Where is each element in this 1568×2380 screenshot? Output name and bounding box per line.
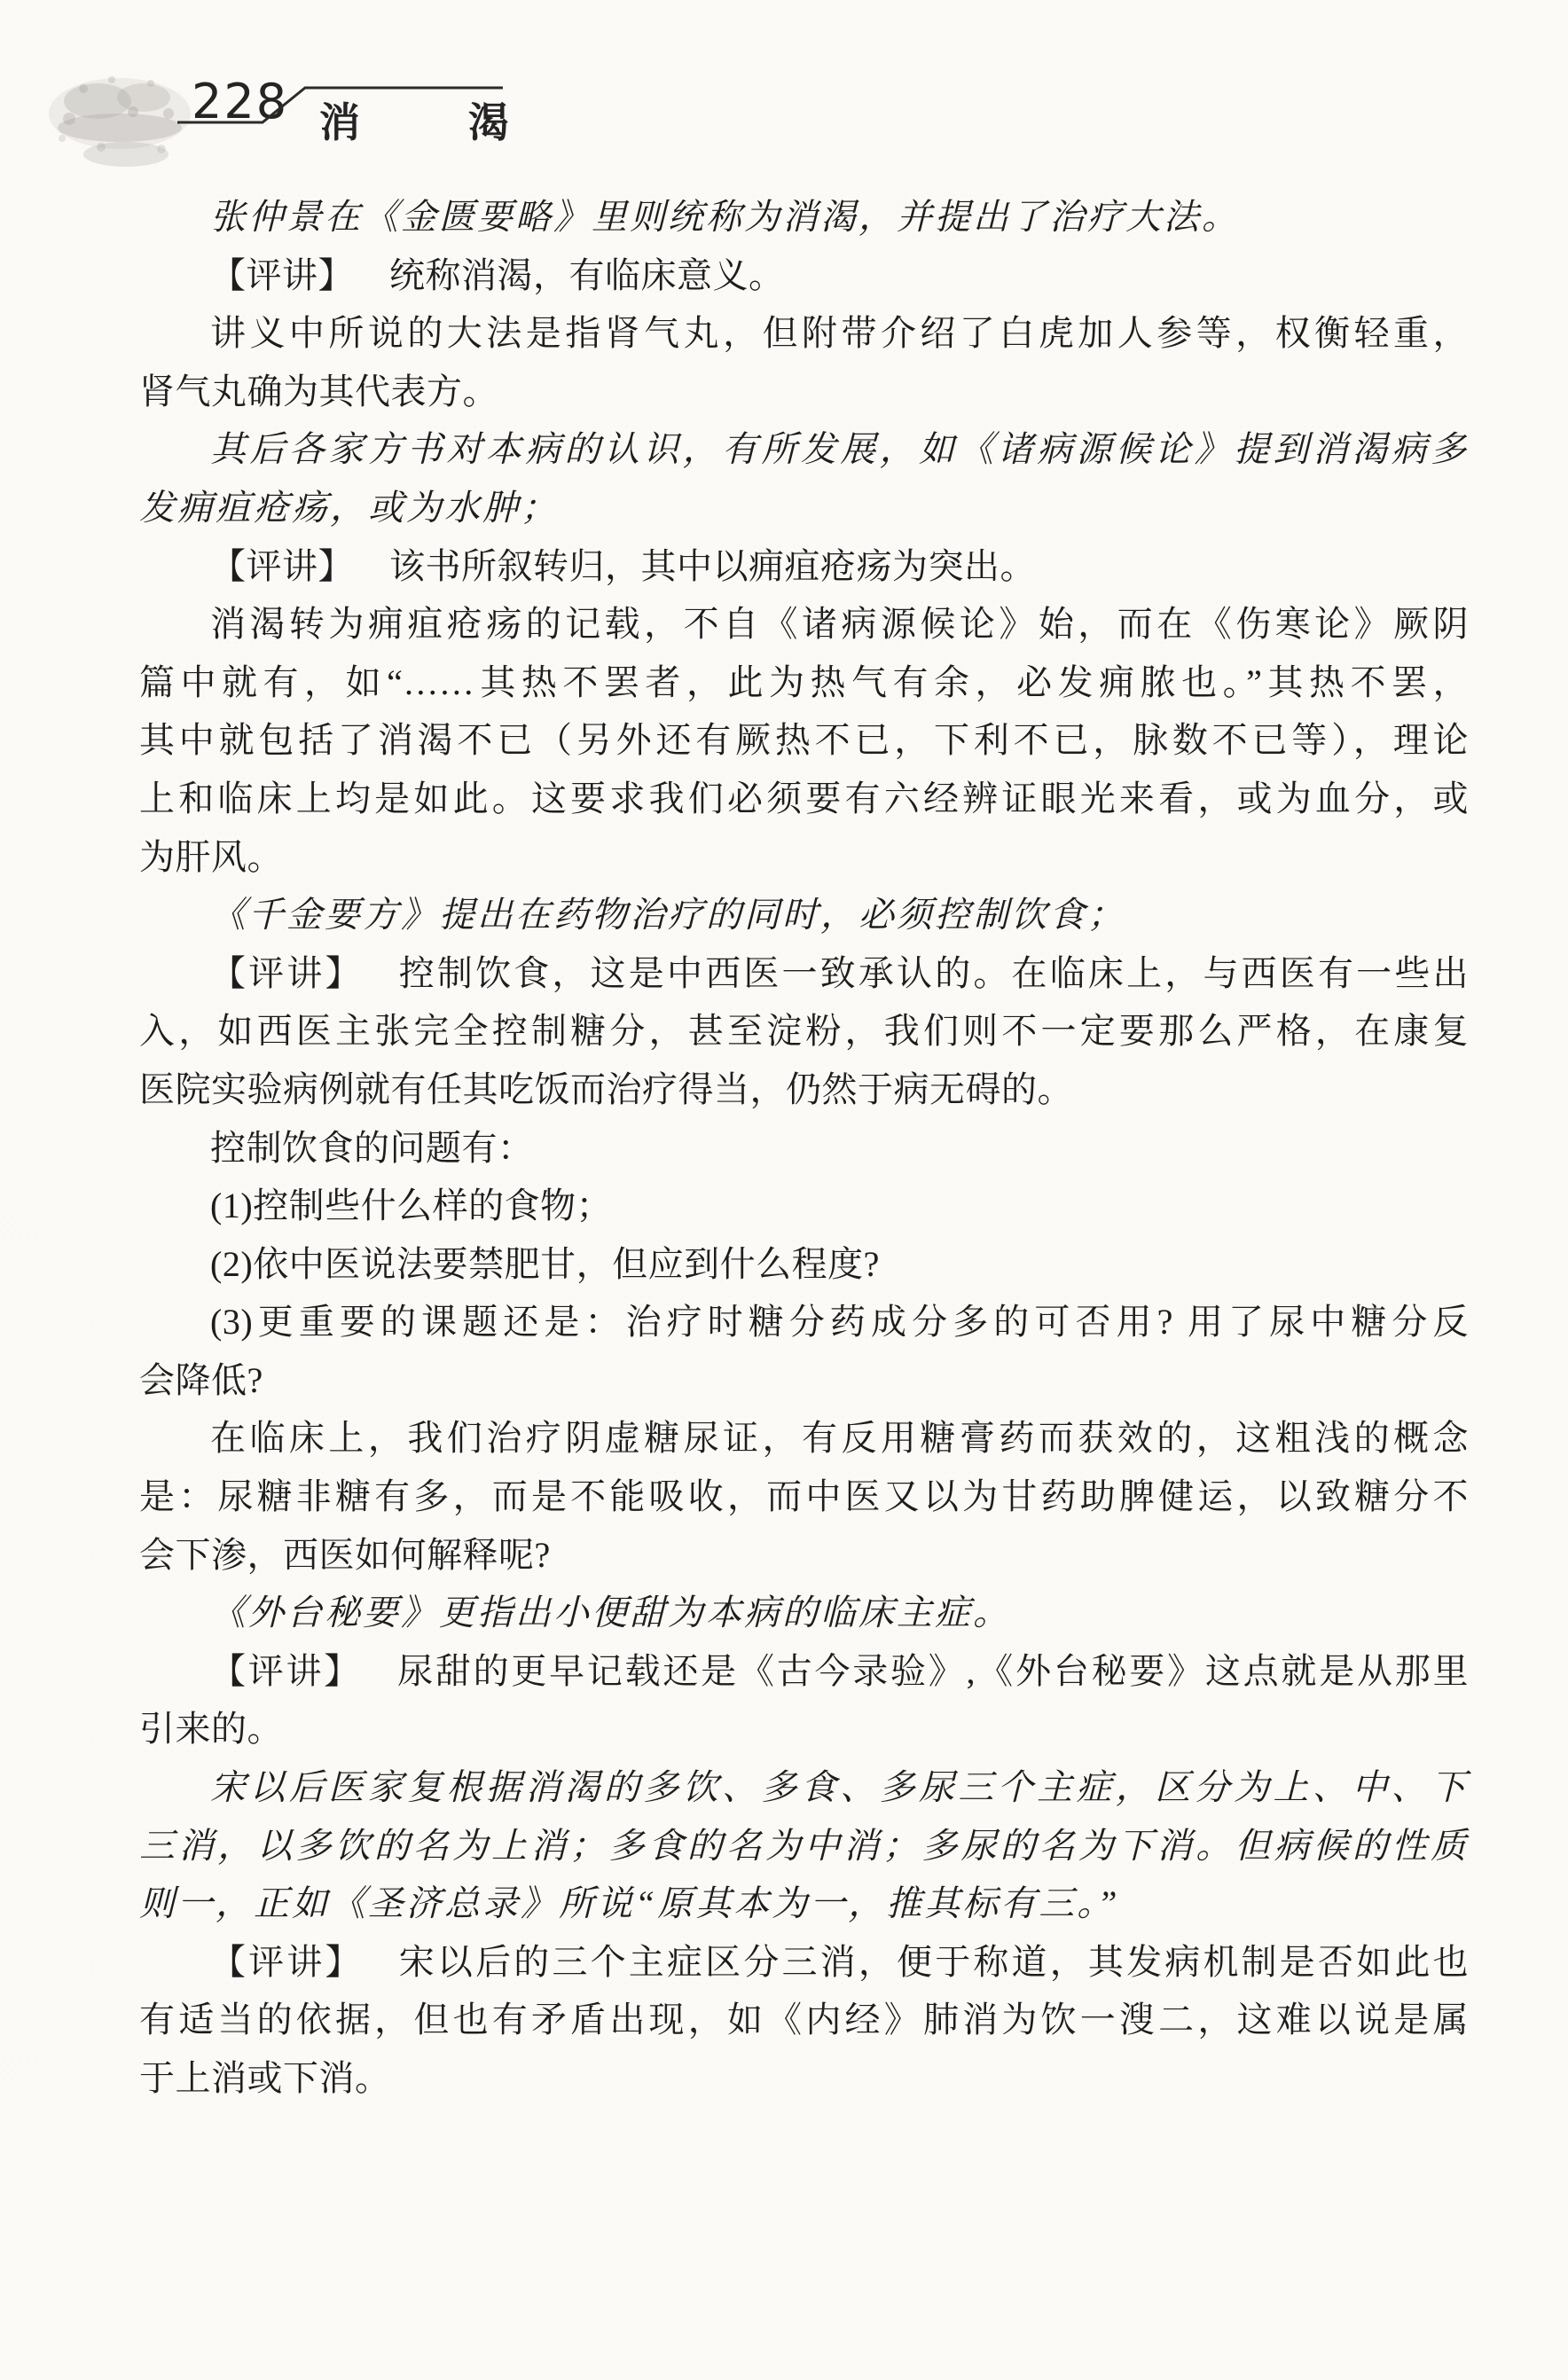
comment-tag: 【评讲】 xyxy=(210,1942,364,1982)
paragraph: 控制饮食的问题有： xyxy=(139,1119,1469,1178)
comment-text: 该书所叙转归，其中以痈疽疮疡为突出。 xyxy=(389,546,1036,586)
list-item: (2)依中医说法要禁肥甘，但应到什么程度? xyxy=(139,1235,1469,1294)
text-line: 【评讲】统称消渴，有临床意义。 xyxy=(139,247,1469,305)
body-text: 张仲景在《金匮要略》里则统称为消渴，并提出了治疗大法。 【评讲】统称消渴，有临床… xyxy=(139,188,1469,2108)
paragraph: 在临床上，我们治疗阴虚糖尿证，有反用糖膏药而获效的，这粗浅的概念 是：尿糖非糖有… xyxy=(139,1409,1469,1584)
comment-tag: 【评讲】 xyxy=(210,546,354,586)
text-line: 【评讲】宋以后的三个主症区分三消，便于称道，其发病机制是否如此也 xyxy=(139,1933,1469,1992)
text-line: 宋以后医家复根据消渴的多饮、多食、多尿三个主症，区分为上、中、下 xyxy=(139,1758,1469,1817)
text-line: 会下渗，西医如何解释呢? xyxy=(139,1526,1469,1585)
text-line: 在临床上，我们治疗阴虚糖尿证，有反用糖膏药而获效的，这粗浅的概念 xyxy=(139,1409,1469,1468)
text-line: 有适当的依据，但也有矛盾出现，如《内经》肺消为饮一溲二，这难以说是属 xyxy=(139,1991,1469,2049)
text-line: 为肝风。 xyxy=(139,828,1469,887)
text-line: 入，如西医主张完全控制糖分，甚至淀粉，我们则不一定要那么严格，在康复 xyxy=(139,1002,1469,1061)
text-line: 其中就包括了消渴不已（另外还有厥热不已，下利不已，脉数不已等），理论 xyxy=(139,711,1469,770)
paragraph: 张仲景在《金匮要略》里则统称为消渴，并提出了治疗大法。 xyxy=(139,188,1469,247)
paragraph: 消渴转为痈疽疮疡的记载，不自《诸病源候论》始，而在《伤寒论》厥阴 篇中就有，如“… xyxy=(139,595,1469,886)
text-line: 引来的。 xyxy=(139,1700,1469,1758)
comment-text: 宋以后的三个主症区分三消，便于称道，其发病机制是否如此也 xyxy=(399,1942,1469,1982)
comment-text: 统称消渴，有临床意义。 xyxy=(389,255,785,295)
text-line: 医院实验病例就有任其吃饭而治疗得当，仍然于病无碍的。 xyxy=(139,1061,1469,1119)
paragraph: 讲义中所说的大法是指肾气丸，但附带介绍了白虎加人参等，权衡轻重， 肾气丸确为其代… xyxy=(139,304,1469,420)
text-line: 发痈疽疮疡，或为水肿； xyxy=(139,479,1469,537)
paragraph: 其后各家方书对本病的认识，有所发展，如《诸病源候论》提到消渴病多 发痈疽疮疡，或… xyxy=(139,420,1469,536)
text-line: 《外台秘要》更指出小便甜为本病的临床主症。 xyxy=(139,1584,1469,1642)
comment-text: 尿甜的更早记载还是《古今录验》,《外台秘要》这点就是从那里 xyxy=(397,1651,1469,1691)
text-line: 会降低? xyxy=(139,1351,1469,1410)
book-page: 228 消 渴 张仲景在《金匮要略》里则统称为消渴，并提出了治疗大法。 【评讲】… xyxy=(0,0,1568,2380)
comment-paragraph: 【评讲】尿甜的更早记载还是《古今录验》,《外台秘要》这点就是从那里 引来的。 xyxy=(139,1642,1469,1758)
comment-paragraph: 【评讲】该书所叙转归，其中以痈疽疮疡为突出。 xyxy=(139,537,1469,596)
text-line: 是：尿糖非糖有多，而是不能吸收，而中医又以为甘药助脾健运，以致糖分不 xyxy=(139,1468,1469,1526)
text-line: 消渴转为痈疽疮疡的记载，不自《诸病源候论》始，而在《伤寒论》厥阴 xyxy=(139,595,1469,654)
comment-tag: 【评讲】 xyxy=(210,953,364,993)
comment-paragraph: 【评讲】控制饮食，这是中西医一致承认的。在临床上，与西医有一些出 入，如西医主张… xyxy=(139,944,1469,1119)
comment-paragraph: 【评讲】统称消渴，有临床意义。 xyxy=(139,247,1469,305)
paragraph: 《千金要方》提出在药物治疗的同时，必须控制饮食； xyxy=(139,886,1469,944)
text-line: 《千金要方》提出在药物治疗的同时，必须控制饮食； xyxy=(139,886,1469,944)
paragraph: 宋以后医家复根据消渴的多饮、多食、多尿三个主症，区分为上、中、下 三消，以多饮的… xyxy=(139,1758,1469,1933)
text-line: 三消，以多饮的名为上消；多食的名为中消；多尿的名为下消。但病候的性质 xyxy=(139,1817,1469,1875)
text-line: 于上消或下消。 xyxy=(139,2049,1469,2108)
comment-text: 控制饮食，这是中西医一致承认的。在临床上，与西医有一些出 xyxy=(399,953,1469,993)
text-line: (2)依中医说法要禁肥甘，但应到什么程度? xyxy=(139,1235,1469,1294)
text-line: 则一，正如《圣济总录》所说“原其本为一，推其标有三。” xyxy=(139,1875,1469,1933)
text-line: 张仲景在《金匮要略》里则统称为消渴，并提出了治疗大法。 xyxy=(139,188,1469,247)
paragraph: 《外台秘要》更指出小便甜为本病的临床主症。 xyxy=(139,1584,1469,1642)
comment-paragraph: 【评讲】宋以后的三个主症区分三消，便于称道，其发病机制是否如此也 有适当的依据，… xyxy=(139,1933,1469,2108)
text-line: 讲义中所说的大法是指肾气丸，但附带介绍了白虎加人参等，权衡轻重， xyxy=(139,304,1469,363)
comment-tag: 【评讲】 xyxy=(210,255,354,295)
text-line: (3)更重要的课题还是：治疗时糖分药成分多的可否用? 用了尿中糖分反 xyxy=(139,1293,1469,1351)
text-line: 肾气丸确为其代表方。 xyxy=(139,363,1469,421)
comment-tag: 【评讲】 xyxy=(210,1651,362,1691)
text-line: 篇中就有，如“……其热不罢者，此为热气有余，必发痈脓也。”其热不罢， xyxy=(139,654,1469,712)
text-line: 【评讲】该书所叙转归，其中以痈疽疮疡为突出。 xyxy=(139,537,1469,596)
list-item: (1)控制些什么样的食物； xyxy=(139,1177,1469,1235)
text-line: 【评讲】尿甜的更早记载还是《古今录验》,《外台秘要》这点就是从那里 xyxy=(139,1642,1469,1701)
text-line: 上和临床上均是如此。这要求我们必须要有六经辨证眼光来看，或为血分，或 xyxy=(139,770,1469,828)
list-item: (3)更重要的课题还是：治疗时糖分药成分多的可否用? 用了尿中糖分反 会降低? xyxy=(139,1293,1469,1409)
text-line: (1)控制些什么样的食物； xyxy=(139,1177,1469,1235)
text-line: 其后各家方书对本病的认识，有所发展，如《诸病源候论》提到消渴病多 xyxy=(139,420,1469,479)
text-line: 【评讲】控制饮食，这是中西医一致承认的。在临床上，与西医有一些出 xyxy=(139,944,1469,1003)
text-line: 控制饮食的问题有： xyxy=(139,1119,1469,1178)
chapter-title: 消 渴 xyxy=(319,98,543,147)
